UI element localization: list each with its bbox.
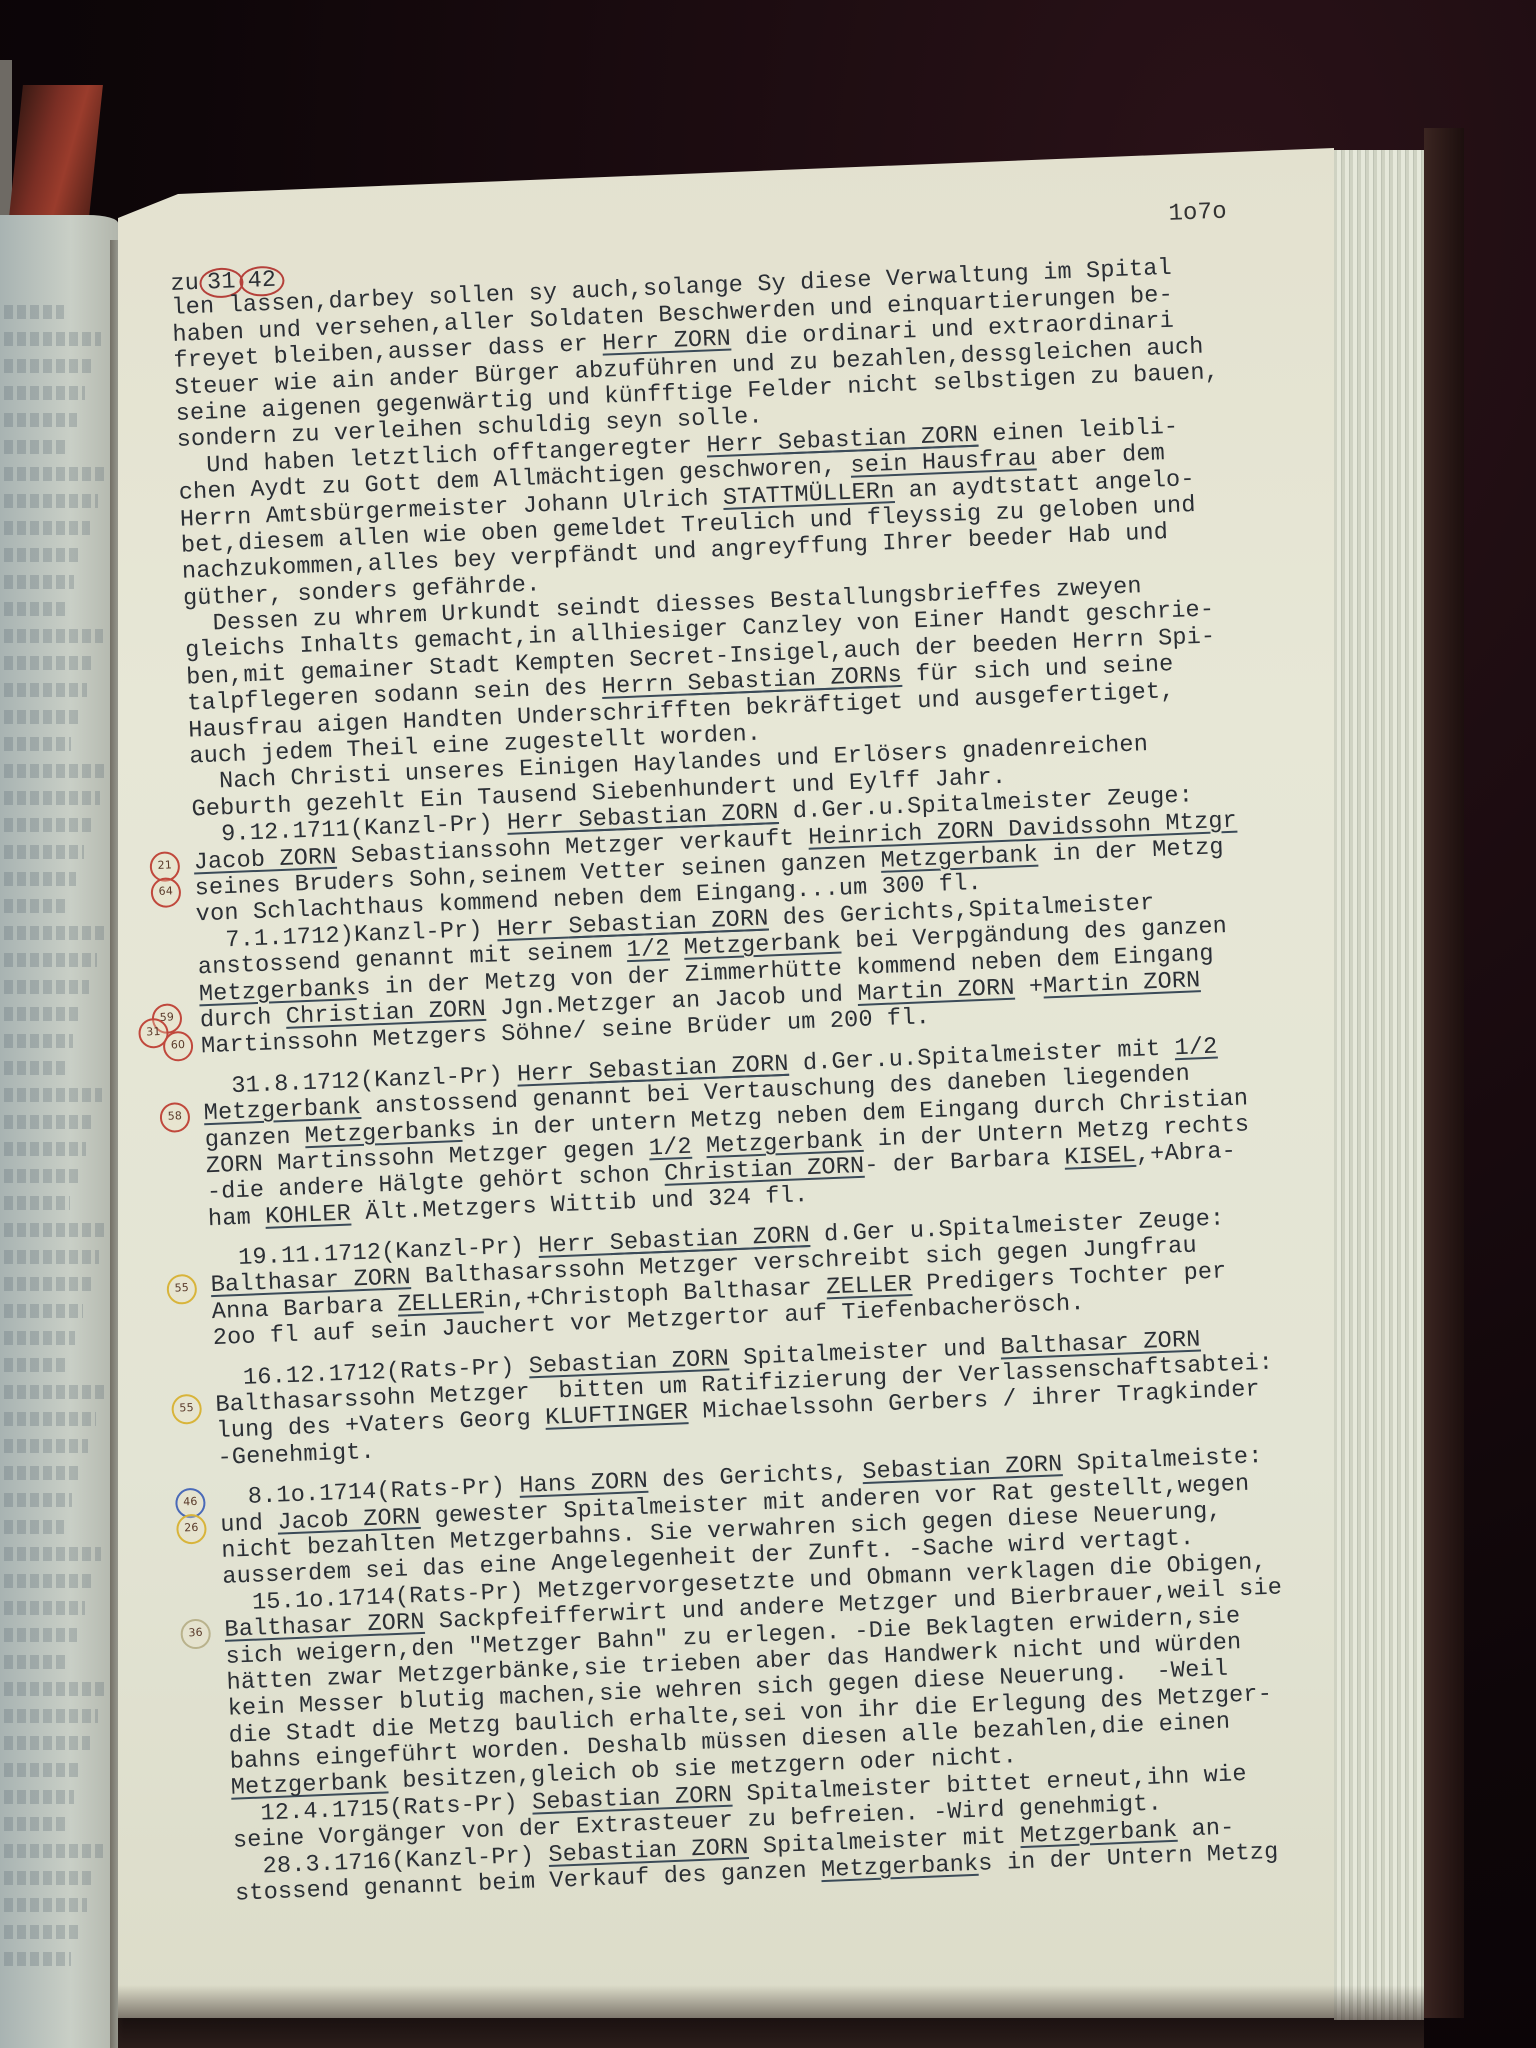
page-body: zu3142 len lassen,darbey sollen sy auch,… [170,222,1435,1908]
left-page-ghost-line [4,980,89,994]
left-page-ghost-line [4,1520,64,1534]
left-page-ghost-line [4,1871,95,1885]
left-page-ghost-line [4,710,79,724]
left-page-ghost-line [4,899,68,913]
left-page-ghost-line [4,1034,73,1048]
left-page-ghost-line [4,1925,79,1939]
left-page-ghost-line [4,737,71,751]
left-page-ghost-line [4,521,90,535]
typewritten-page: 1o7o zu3142 len lassen,darbey sollen sy … [168,174,1433,1860]
left-page-ghost-line [4,1952,71,1966]
left-page-ghost-line [4,494,98,508]
left-page-ghost-line [4,1115,94,1129]
left-page-ghost-line [4,1088,102,1102]
left-page-ghost-line [4,1655,69,1669]
left-page-ghost-line [4,1547,101,1561]
left-page-ghost-line [4,359,93,373]
left-page-ghost-line [4,1385,104,1399]
left-page-ghost-line [4,1790,74,1804]
left-page-ghost-line [4,548,82,562]
left-page-ghost-line [4,467,106,481]
left-page-ghost-line [4,1142,86,1156]
left-page-ghost-line [4,575,74,589]
left-page-ghost-line [4,1277,91,1291]
left-page-ghost-line [4,818,92,832]
left-page-ghost-line [4,1601,85,1615]
left-page-ghost-line [4,440,69,454]
left-page-ghost-line [4,1466,80,1480]
left-page-ghost-line [4,602,66,616]
left-page-ghost-line [4,386,85,400]
left-page-ghost-line [4,1844,103,1858]
left-page-ghost-line [4,1412,96,1426]
left-page-ghost-line [4,1007,81,1021]
left-page-ghost-line [4,791,100,805]
bottom-shadow [118,1985,1424,2048]
left-page-ghost-line [4,1898,87,1912]
left-page-ghost-line [4,845,84,859]
left-page-ghost-line [4,1250,99,1264]
left-page-ghost-line [4,1331,75,1345]
left-page-ghost-line [4,1628,77,1642]
continuation-text: zu3142 len lassen,darbey sollen sy auch,… [170,222,1391,824]
left-page-ghost-line [4,1817,66,1831]
left-page-ghost-line [4,1358,67,1372]
left-page-ghost-line [4,764,108,778]
left-page-ghost-line [4,683,87,697]
left-page-ghost-line [4,1736,90,1750]
left-page-ghost-line [4,1304,83,1318]
record-entries: 9.12.1711(Kanzl-Pr) Herr Sebastian ZORN … [192,776,1435,1909]
left-page-ghost-line [4,413,77,427]
left-page-ghost-line [4,1223,107,1237]
left-page-ghost-line [4,953,97,967]
left-page-ghost-line [4,872,76,886]
left-page-ghost-line [4,1709,98,1723]
left-page-ghost-line [4,305,64,319]
left-page-ghost-line [4,1061,65,1075]
left-page [0,215,118,2048]
left-page-ghost-line [4,1493,72,1507]
left-page-ghost-line [4,1196,70,1210]
left-page-ghost-line [4,1682,106,1696]
left-page-ghost-line [4,1169,78,1183]
book-cover-edge [1424,128,1464,2018]
page-number: 1o7o [1168,200,1227,229]
left-page-ghost-line [4,656,95,670]
left-page-ghost-line [4,926,105,940]
left-page-ghost-line [4,1439,88,1453]
left-page-ghost-line [4,1574,93,1588]
left-page-ghost-line [4,1763,82,1777]
left-page-ghost-line [4,629,103,643]
left-page-ghost-line [4,332,101,346]
